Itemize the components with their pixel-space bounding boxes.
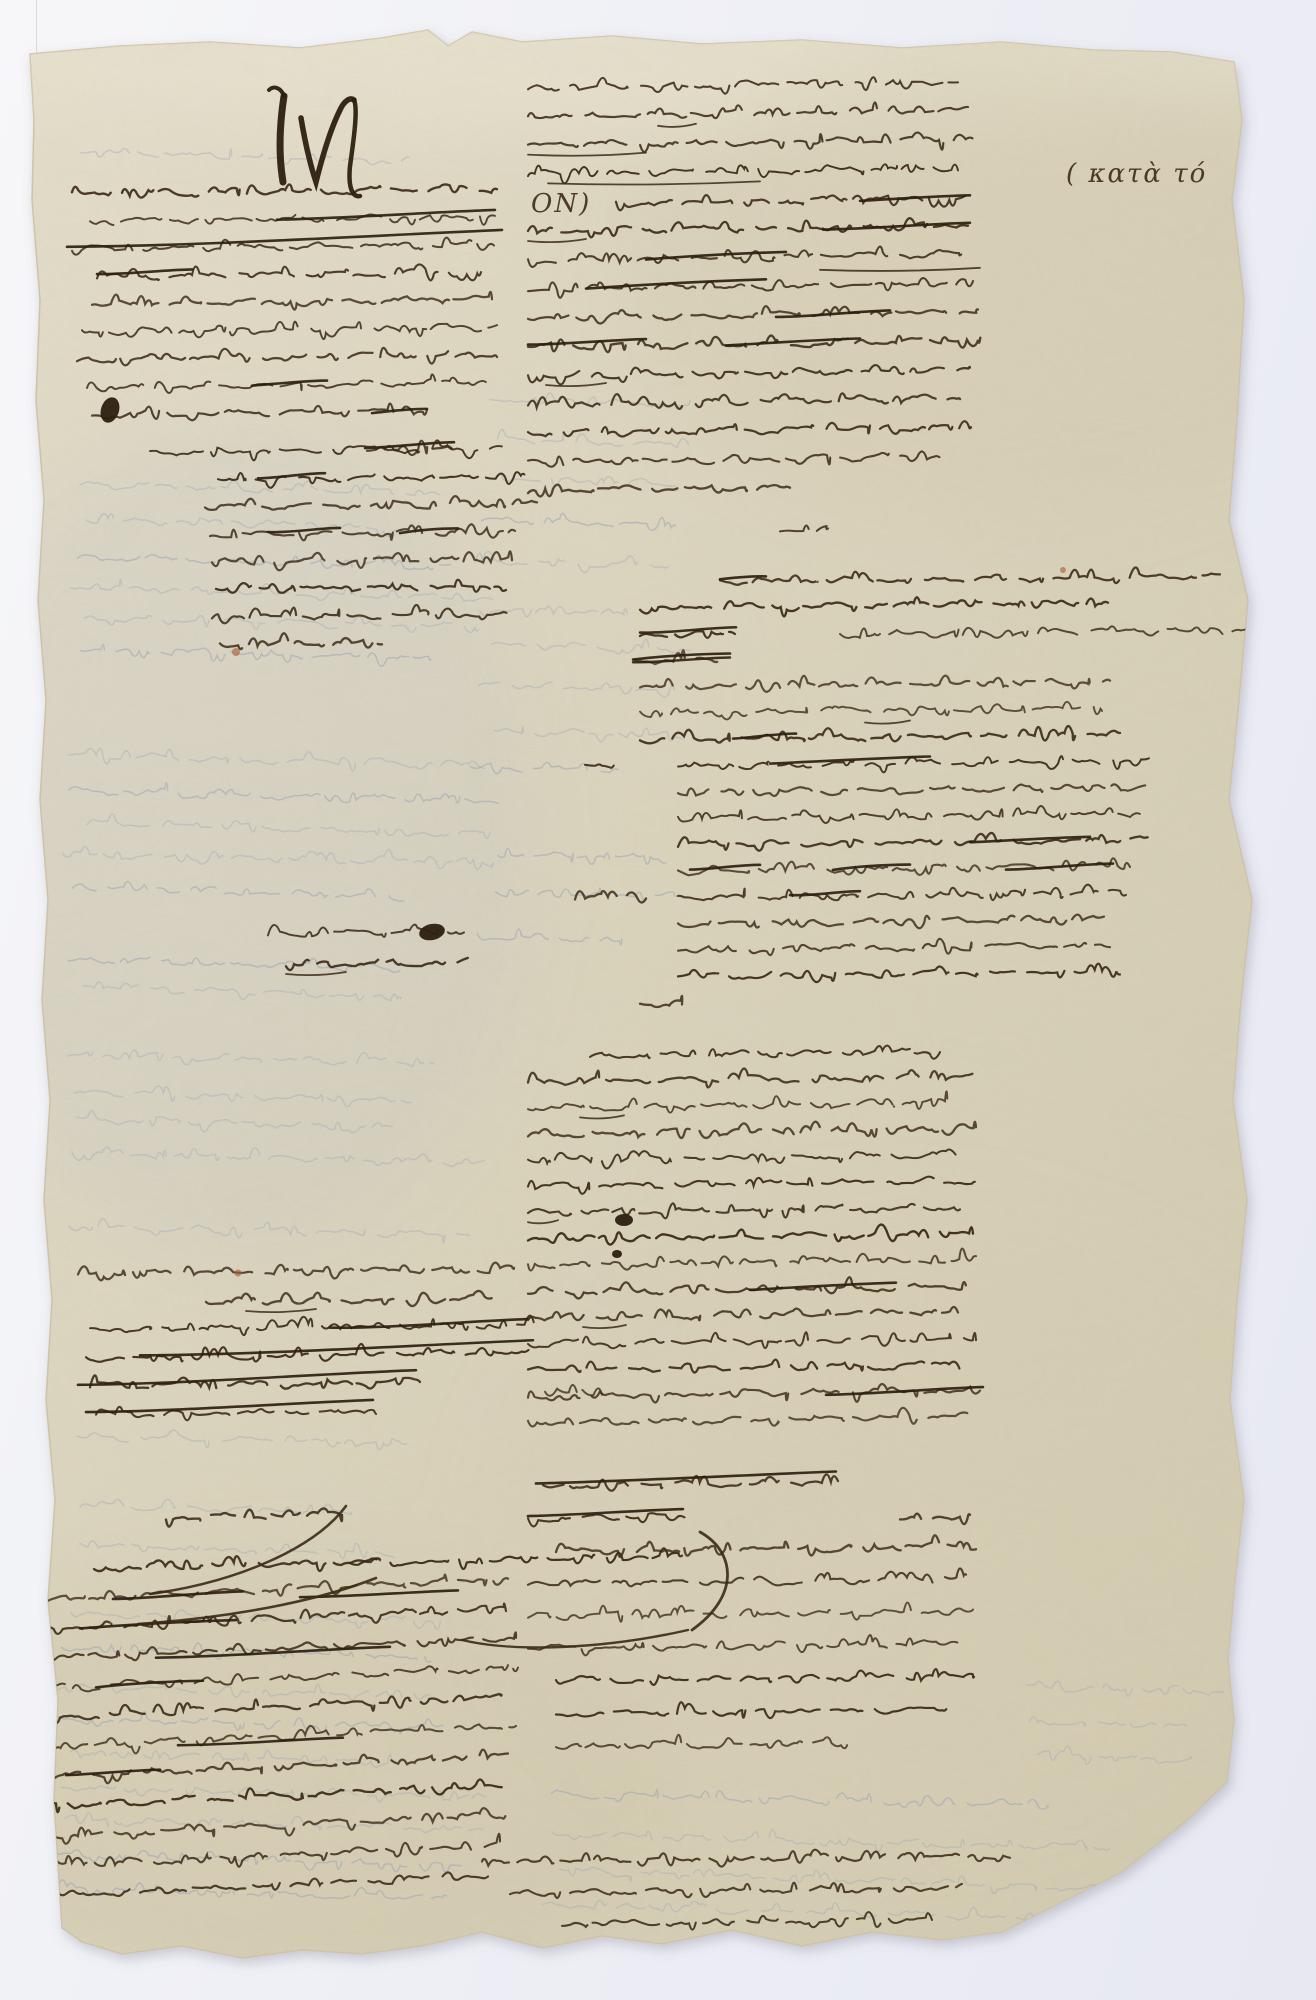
- foxing-stain: [232, 648, 240, 656]
- ink-blot: [615, 1214, 633, 1226]
- foxing-stain: [235, 1270, 242, 1277]
- greek-kata-to: ( κατὰ τό: [1066, 159, 1207, 189]
- ink-blot: [612, 1250, 622, 1258]
- manuscript-scan-page: ( κατὰ τόΟΝ): [0, 0, 1316, 2000]
- paper-grain: [0, 0, 1316, 2000]
- manuscript-svg: ( κατὰ τόΟΝ): [0, 0, 1316, 2000]
- foxing-stain: [1060, 567, 1066, 573]
- greek-on: ΟΝ): [531, 189, 591, 219]
